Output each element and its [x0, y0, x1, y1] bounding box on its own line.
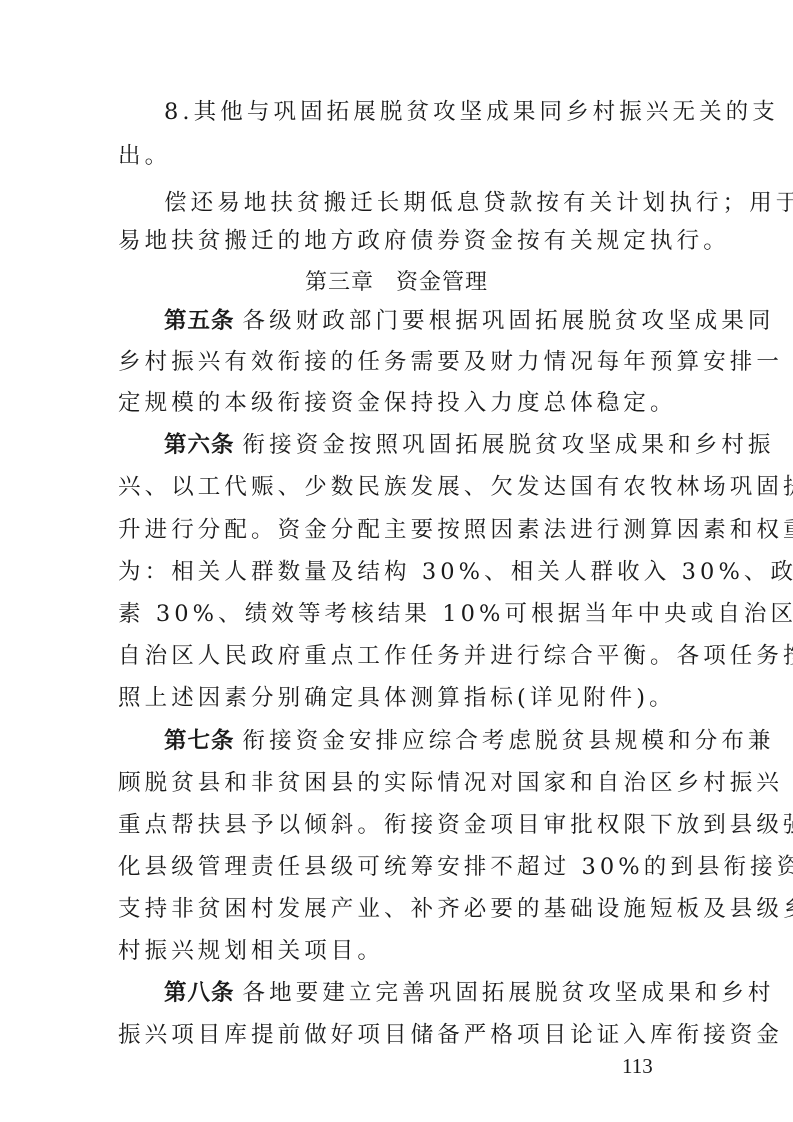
article-7-line-6: 村振兴规划相关项目。	[118, 936, 678, 966]
article-8-line-1: 第八条各地要建立完善巩固拓展脱贫攻坚成果和乡村	[164, 978, 678, 1008]
article-6-line-3: 升进行分配。资金分配主要按照因素法进行测算因素和权重	[118, 515, 678, 545]
article-6-line-4: 为：相关人群数量及结构 30%、相关人群收入 30%、政策因	[118, 557, 678, 587]
article-5-text: 各级财政部门要根据巩固拓展脱贫攻坚成果同	[243, 308, 775, 334]
article-7-line-5: 支持非贫困村发展产业、补齐必要的基础设施短板及县级乡	[118, 894, 678, 924]
article-7-line-2: 顾脱贫县和非贫困县的实际情况对国家和自治区乡村振兴	[118, 768, 678, 798]
repay-line-1: 偿还易地扶贫搬迁长期低息贷款按有关计划执行；用于	[164, 188, 678, 218]
article-7-line-1: 第七条衔接资金安排应综合考虑脱贫县规模和分布兼	[164, 726, 678, 756]
article-6-text: 衔接资金按照巩固拓展脱贫攻坚成果和乡村振	[243, 432, 775, 458]
article-6-line-7: 照上述因素分别确定具体测算指标(详见附件)。	[118, 683, 678, 713]
article-5-line-1: 第五条各级财政部门要根据巩固拓展脱贫攻坚成果同	[164, 306, 678, 336]
article-6-line-1: 第六条衔接资金按照巩固拓展脱贫攻坚成果和乡村振	[164, 430, 678, 460]
item-8-line-1: 8.其他与巩固拓展脱贫攻坚成果同乡村振兴无关的支	[164, 97, 678, 127]
chapter-number: 第三章	[305, 270, 374, 295]
article-7-line-3: 重点帮扶县予以倾斜。衔接资金项目审批权限下放到县级强	[118, 810, 678, 840]
article-8-line-2: 振兴项目库提前做好项目储备严格项目论证入库衔接资金	[118, 1020, 678, 1050]
article-6-line-5: 素 30%、绩效等考核结果 10%可根据当年中央或自治区党委、	[118, 599, 678, 629]
article-6-label: 第六条	[164, 432, 235, 458]
article-6-line-6: 自治区人民政府重点工作任务并进行综合平衡。各项任务按	[118, 641, 678, 671]
page-number: 113	[622, 1052, 653, 1080]
article-5-line-3: 定规模的本级衔接资金保持投入力度总体稳定。	[118, 388, 678, 418]
article-6-line-2: 兴、以工代赈、少数民族发展、欠发达国有农牧林场巩固提	[118, 472, 678, 502]
article-7-line-4: 化县级管理责任县级可统筹安排不超过 30%的到县衔接资金	[118, 852, 678, 882]
chapter-heading: 第三章资金管理	[0, 268, 793, 298]
article-8-text: 各地要建立完善巩固拓展脱贫攻坚成果和乡村	[243, 980, 775, 1006]
article-7-text: 衔接资金安排应综合考虑脱贫县规模和分布兼	[243, 728, 775, 754]
article-5-line-2: 乡村振兴有效衔接的任务需要及财力情况每年预算安排一	[118, 347, 678, 377]
item-8-line-2: 出。	[118, 141, 678, 171]
article-8-label: 第八条	[164, 980, 235, 1006]
chapter-title: 资金管理	[396, 270, 488, 295]
repay-line-2: 易地扶贫搬迁的地方政府债券资金按有关规定执行。	[118, 226, 678, 256]
article-5-label: 第五条	[164, 308, 235, 334]
article-7-label: 第七条	[164, 728, 235, 754]
